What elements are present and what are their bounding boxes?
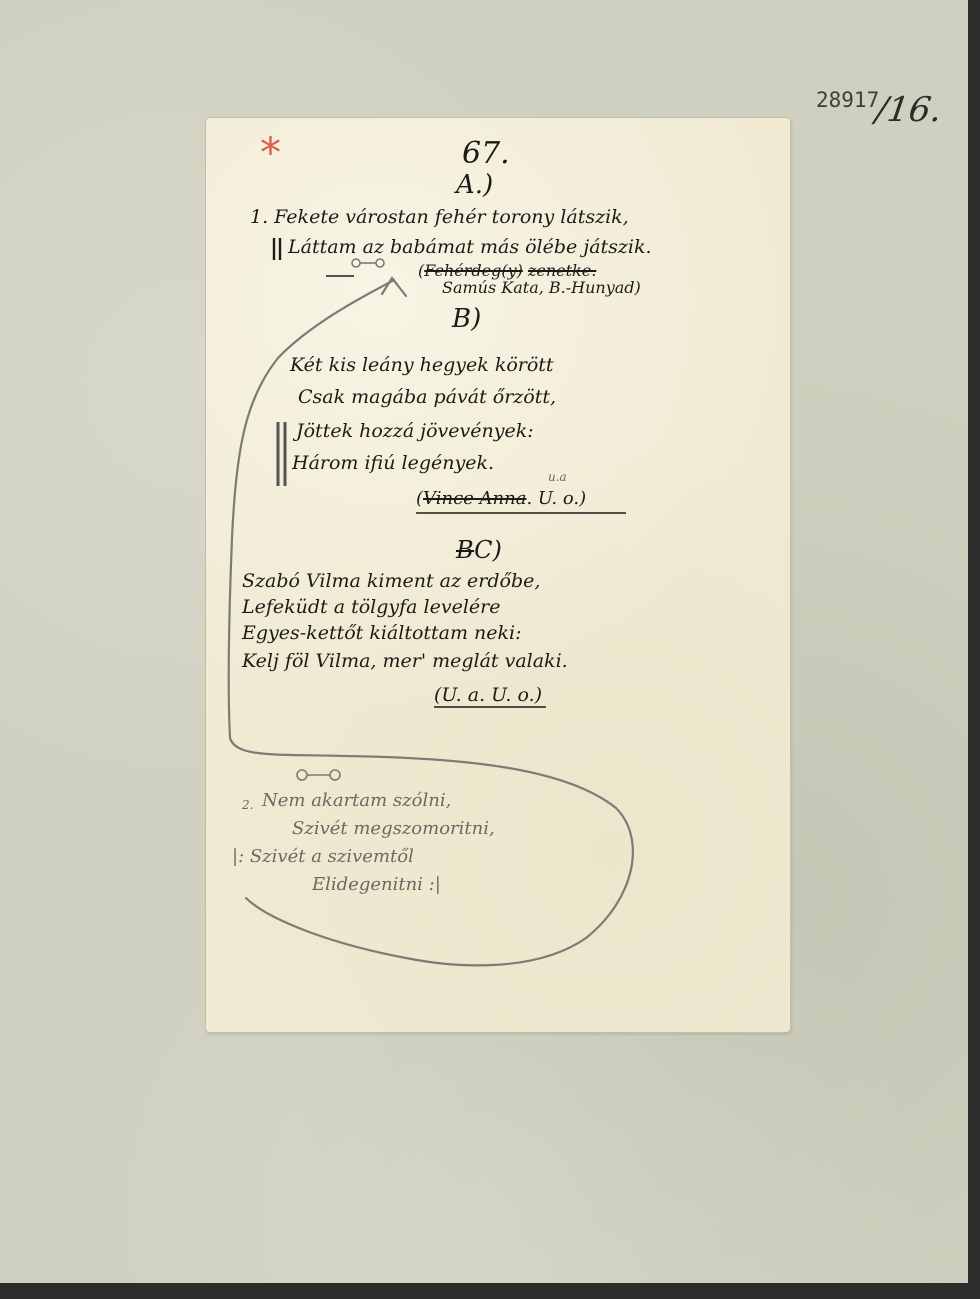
- pencil-stanza-line-2: Szivét megszomoritni,: [292, 818, 495, 839]
- variant-b-source-text: . U. o.): [526, 488, 586, 509]
- red-asterisk-marker: *: [260, 132, 281, 174]
- variant-c-label: C): [474, 536, 502, 564]
- variant-b-line-4: Három ifiú legények.: [292, 452, 494, 474]
- pencil-stanza-number: 2.: [242, 798, 253, 812]
- variant-c-label-struck: B: [456, 536, 474, 564]
- archive-number: 28917: [816, 88, 879, 112]
- variant-c-line-3: Egyes-kettőt kiáltottam neki:: [242, 622, 522, 644]
- variant-c-source: (U. a. U. o.): [434, 684, 542, 706]
- variant-b-line-2: Csak magába pávát őrzött,: [298, 386, 556, 408]
- pencil-stanza-line-3: |: Szivét a szivemtől: [232, 846, 414, 867]
- pencil-stanza-line-1: Nem akartam szólni,: [262, 790, 451, 811]
- variant-b-source: (Vince Anna. U. o.): [416, 488, 586, 509]
- archival-mount-board: 28917 /16. * 67. A.): [0, 0, 968, 1283]
- variant-b-struck-text: Vince Anna: [423, 488, 526, 509]
- variant-b-label: B): [452, 304, 481, 334]
- variant-c-line-1: Szabó Vilma kiment az erdőbe,: [242, 570, 540, 592]
- archive-suffix: /16.: [873, 90, 944, 130]
- pencil-stanza-line-4: Elidegenitni :|: [312, 874, 441, 895]
- variant-a-source: Samús Kata, B.-Hunyad): [442, 278, 641, 297]
- variant-a-label: A.): [456, 170, 493, 200]
- song-number: 67.: [462, 136, 510, 171]
- variant-b-line-3: Jöttek hozzá jövevények:: [296, 420, 534, 442]
- variant-c-label-wrap: BC): [456, 536, 502, 564]
- variant-b-source-paren: (: [416, 488, 423, 509]
- variant-c-line-2: Lefeküdt a tölgyfa levelére: [242, 596, 501, 618]
- variant-a-line-2: Láttam az babámat más ölébe játszik.: [288, 236, 652, 258]
- variant-c-line-4: Kelj föl Vilma, mer' meglát valaki.: [242, 650, 568, 672]
- variant-a-line-1: 1. Fekete várostan fehér torony látszik,: [250, 206, 629, 228]
- variant-b-line-1: Két kis leány hegyek körött: [290, 354, 554, 376]
- manuscript-card: * 67. A.) 1. Fekete várostan fehér toron…: [206, 118, 790, 1032]
- variant-b-source-insert: u.a: [548, 470, 567, 484]
